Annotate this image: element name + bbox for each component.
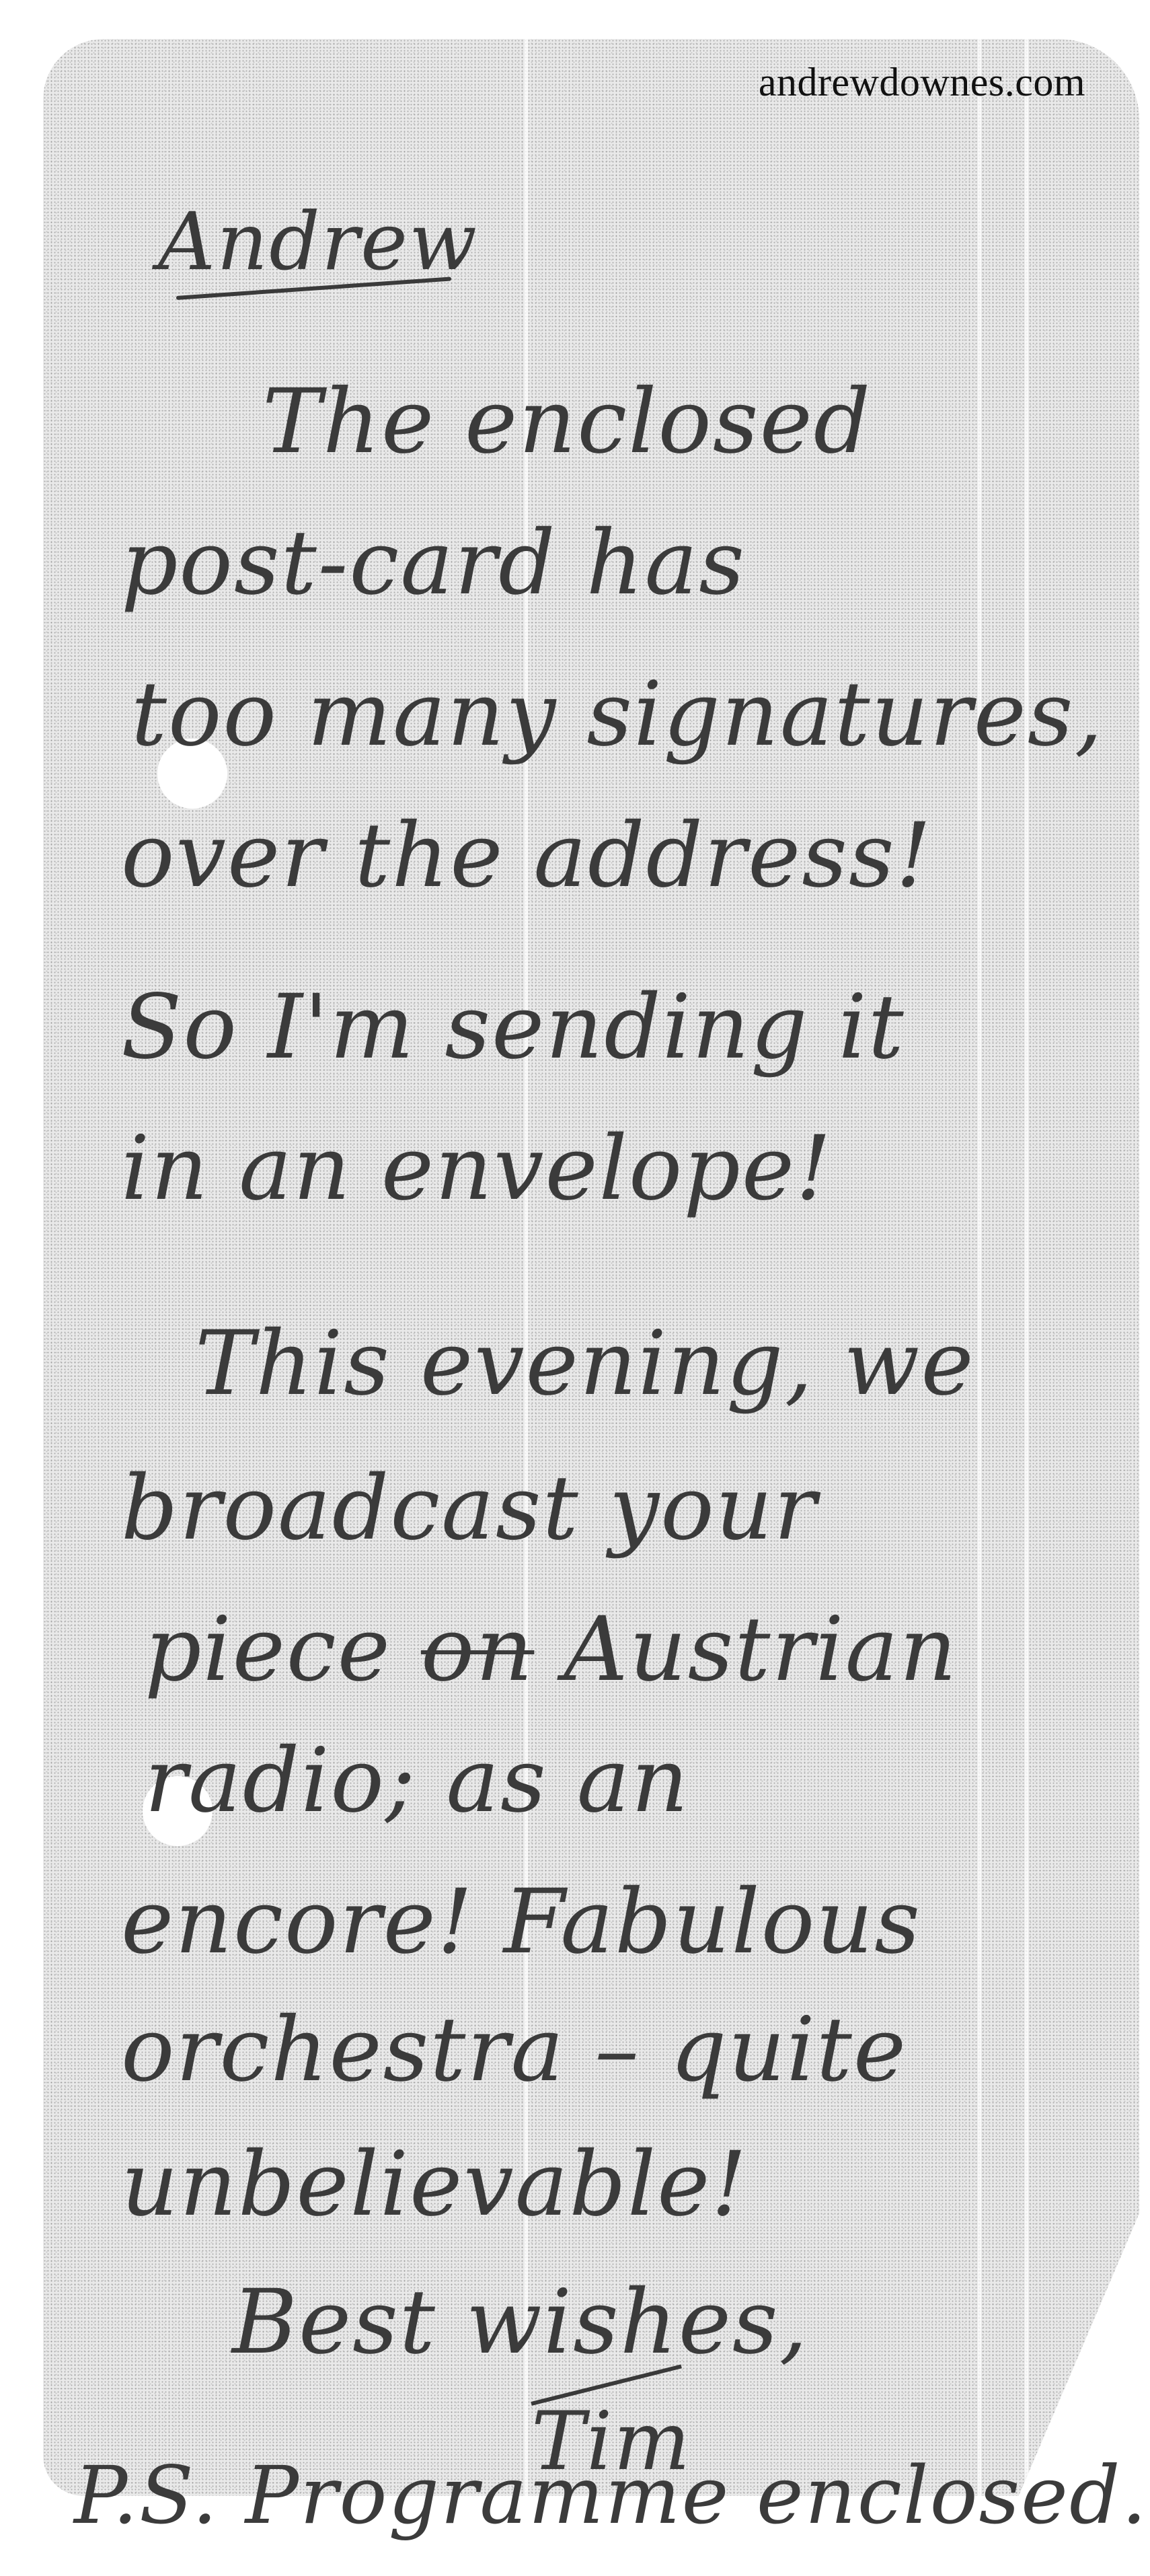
letter-line: unbelievable! (121, 2133, 748, 2236)
letter-word: piece (145, 1598, 391, 1701)
postscript: P.S. Programme enclosed. (74, 2449, 1148, 2542)
letter-line: radio; as an (145, 1729, 690, 1833)
closing: Best wishes, (232, 2271, 809, 2374)
letter-line: in an envelope! (121, 1117, 833, 1220)
struck-out-word: on (421, 1598, 534, 1701)
letter-line: broadcast your (121, 1457, 818, 1560)
letter-line: piece on Austrian (145, 1598, 958, 1701)
fold-line (978, 39, 981, 2496)
salutation: Andrew (158, 195, 478, 288)
letter-line: So I'm sending it (121, 976, 905, 1079)
letter-line: over the address! (121, 804, 933, 908)
letter-line: encore! Fabulous (121, 1870, 921, 1974)
website-watermark: andrewdownes.com (759, 59, 1085, 106)
letter-line: post-card has (121, 511, 746, 615)
letter-word: Austrian (564, 1598, 958, 1701)
fold-line (1025, 39, 1028, 2496)
letter-line: This evening, we (195, 1312, 975, 1415)
letter-line: too many signatures, (131, 663, 1104, 766)
letter-line: orchestra – quite (121, 1998, 907, 2102)
letter-line: The enclosed (262, 370, 872, 474)
